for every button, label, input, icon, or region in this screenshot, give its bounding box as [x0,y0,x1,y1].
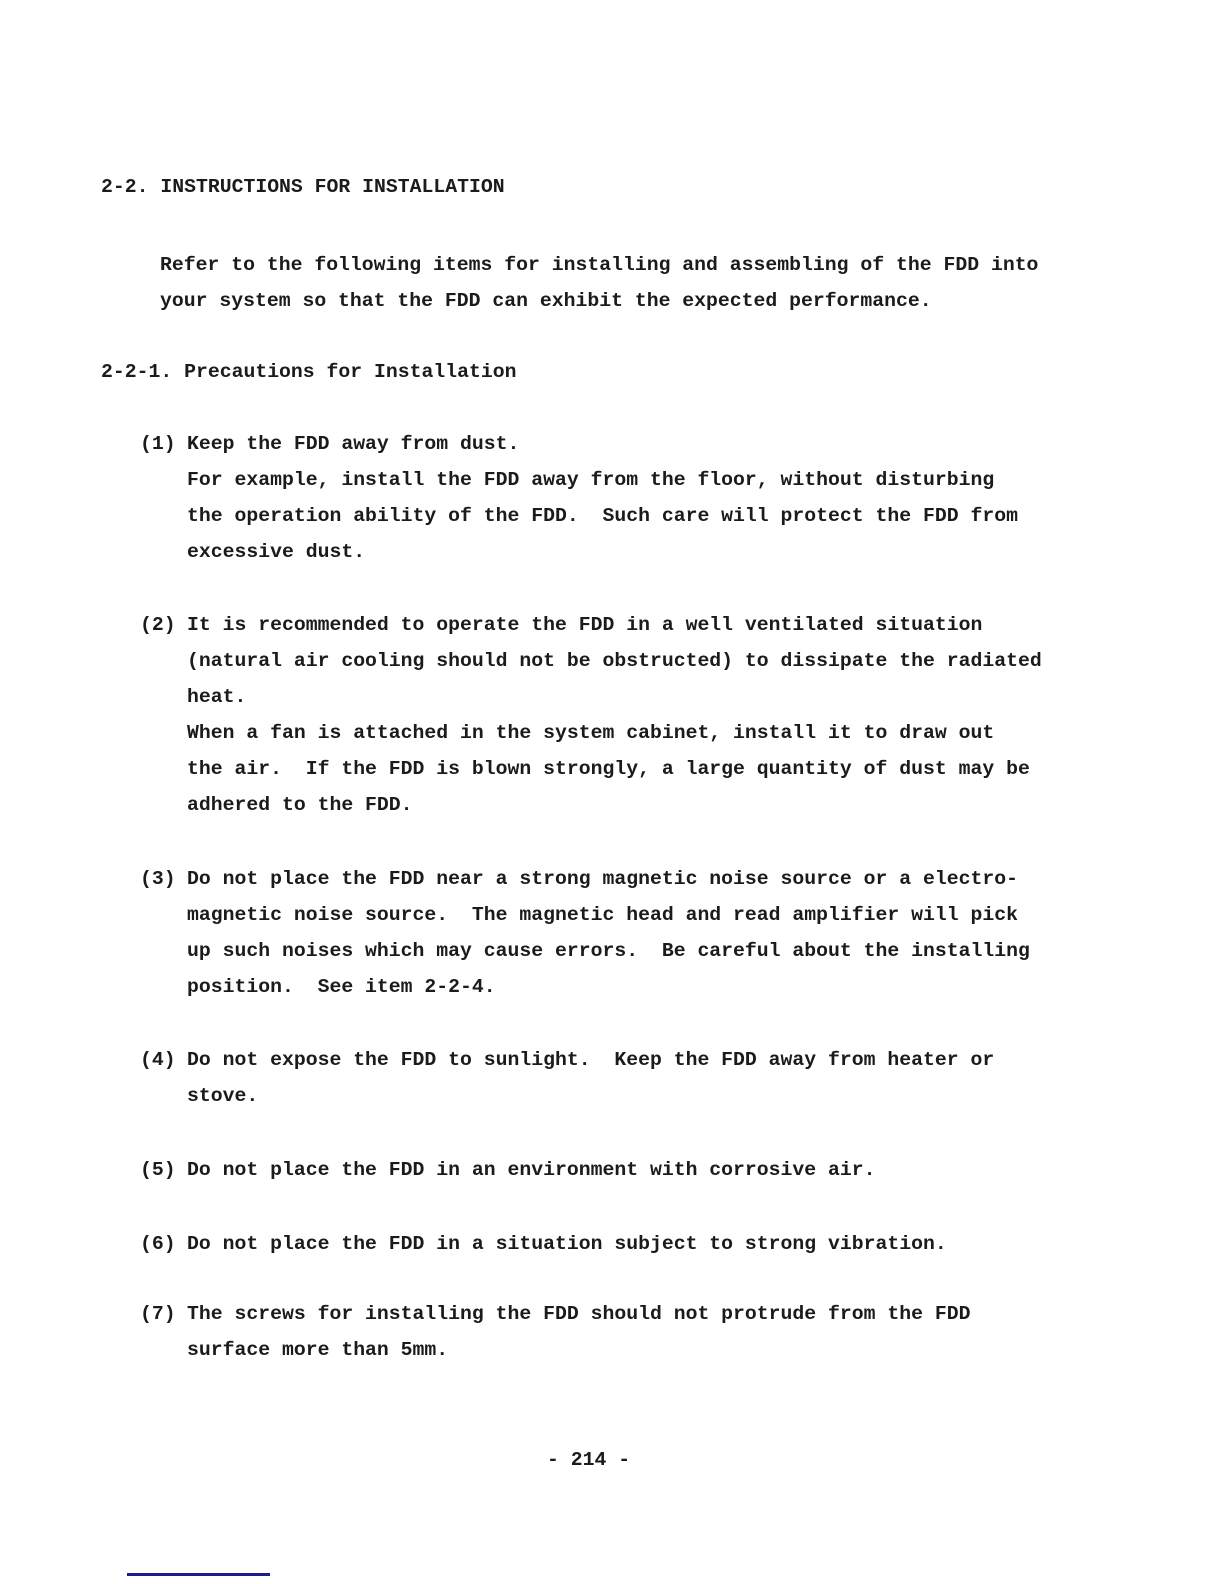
ink-underline-mark [127,1573,270,1576]
item-number: (1) [140,426,187,462]
precaution-item-3: (3) Do not place the FDD near a strong m… [140,861,1030,1005]
intro-paragraph: Refer to the following items for install… [160,247,1038,319]
item-text: Do not place the FDD near a strong magne… [187,861,1030,1005]
item-number: (2) [140,607,187,643]
item-number: (7) [140,1296,187,1332]
precaution-item-5: (5) Do not place the FDD in an environme… [140,1152,876,1188]
item-text: The screws for installing the FDD should… [187,1296,970,1368]
subsection-heading: 2-2-1. Precautions for Installation [101,354,516,390]
item-number: (3) [140,861,187,897]
item-number: (6) [140,1226,187,1262]
page-number: - 214 - [547,1442,630,1478]
item-text: It is recommended to operate the FDD in … [187,607,1042,823]
precaution-item-2: (2) It is recommended to operate the FDD… [140,607,1042,823]
item-number: (4) [140,1042,187,1078]
precaution-item-4: (4) Do not expose the FDD to sunlight. K… [140,1042,994,1114]
manual-page: 2-2. INSTRUCTIONS FOR INSTALLATION Refer… [0,0,1224,1584]
precaution-item-1: (1) Keep the FDD away from dust. For exa… [140,426,1018,570]
item-text: Do not place the FDD in an environment w… [187,1152,876,1188]
item-text: Do not place the FDD in a situation subj… [187,1226,947,1262]
item-text: Keep the FDD away from dust. For example… [187,426,1018,570]
precaution-item-6: (6) Do not place the FDD in a situation … [140,1226,947,1262]
precaution-item-7: (7) The screws for installing the FDD sh… [140,1296,970,1368]
section-heading: 2-2. INSTRUCTIONS FOR INSTALLATION [101,169,505,205]
item-number: (5) [140,1152,187,1188]
item-text: Do not expose the FDD to sunlight. Keep … [187,1042,994,1114]
